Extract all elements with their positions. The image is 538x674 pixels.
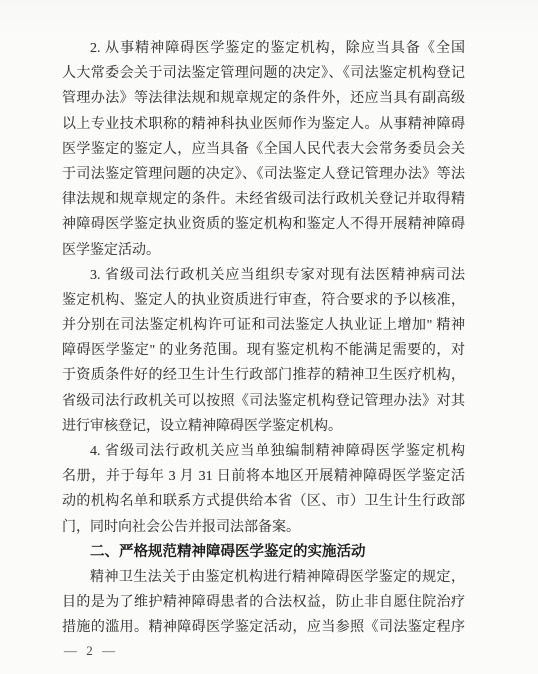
body-line: 措施的滥用。精神障碍医学鉴定活动，应当参照《司法鉴定程序 bbox=[62, 615, 465, 640]
body-line: 鉴定机构、鉴定人的执业资质进行审查，符合要求的予以核准， bbox=[62, 288, 465, 313]
section-heading: 二、严格规范精神障碍医学鉴定的实施活动 bbox=[62, 540, 465, 565]
body-line: 精神卫生法关于由鉴定机构进行精神障碍医学鉴定的规定， bbox=[62, 565, 465, 590]
body-line: 名册，并于每年 3 月 31 日前将本地区开展精神障碍医学鉴定活 bbox=[62, 464, 465, 489]
body-line: 医学鉴定的鉴定人，应当具备《全国人民代表大会常务委员会关 bbox=[62, 137, 465, 162]
document-body: 2. 从事精神障碍医学鉴定的鉴定机构，除应当具备《全国 人大常委会关于司法鉴定管… bbox=[62, 36, 465, 641]
body-line: 门，同时向社会公告并报司法部备案。 bbox=[62, 515, 465, 540]
page-number: — 2 — bbox=[64, 641, 118, 661]
body-line: 管理办法》等法律法规和规章规定的条件外，还应当具有副高级 bbox=[62, 86, 465, 111]
body-line: 目的是为了维护精神障碍患者的合法权益，防止非自愿住院治疗 bbox=[62, 590, 465, 615]
body-line: 神障碍医学鉴定执业资质的鉴定机构和鉴定人不得开展精神障碍 bbox=[62, 212, 465, 237]
body-line: 以上专业技术职称的精神科执业医师作为鉴定人。从事精神障碍 bbox=[62, 112, 465, 137]
body-line: 于司法鉴定管理问题的决定》、《司法鉴定人登记管理办法》等法 bbox=[62, 162, 465, 187]
document-page: 2. 从事精神障碍医学鉴定的鉴定机构，除应当具备《全国 人大常委会关于司法鉴定管… bbox=[0, 0, 538, 674]
body-line: 障碍医学鉴定" 的业务范围。现有鉴定机构不能满足需要的，对 bbox=[62, 338, 465, 363]
body-line: 并分别在司法鉴定机构许可证和司法鉴定人执业证上增加" 精神 bbox=[62, 313, 465, 338]
body-line: 省级司法行政机关可以按照《司法鉴定机构登记管理办法》对其 bbox=[62, 389, 465, 414]
body-line: 于资质条件好的经卫生计生行政部门推荐的精神卫生医疗机构， bbox=[62, 363, 465, 388]
body-line: 医学鉴定活动。 bbox=[62, 238, 465, 263]
body-line: 3. 省级司法行政机关应当组织专家对现有法医精神病司法 bbox=[62, 263, 465, 288]
body-line: 2. 从事精神障碍医学鉴定的鉴定机构，除应当具备《全国 bbox=[62, 36, 465, 61]
body-line: 动的机构名单和联系方式提供给本省（区、市）卫生计生行政部 bbox=[62, 489, 465, 514]
body-line: 律法规和规章规定的条件。未经省级司法行政机关登记并取得精 bbox=[62, 187, 465, 212]
body-line: 4. 省级司法行政机关应当单独编制精神障碍医学鉴定机构 bbox=[62, 439, 465, 464]
body-line: 进行审核登记，设立精神障碍医学鉴定机构。 bbox=[62, 414, 465, 439]
body-line: 人大常委会关于司法鉴定管理问题的决定》、《司法鉴定机构登记 bbox=[62, 61, 465, 86]
